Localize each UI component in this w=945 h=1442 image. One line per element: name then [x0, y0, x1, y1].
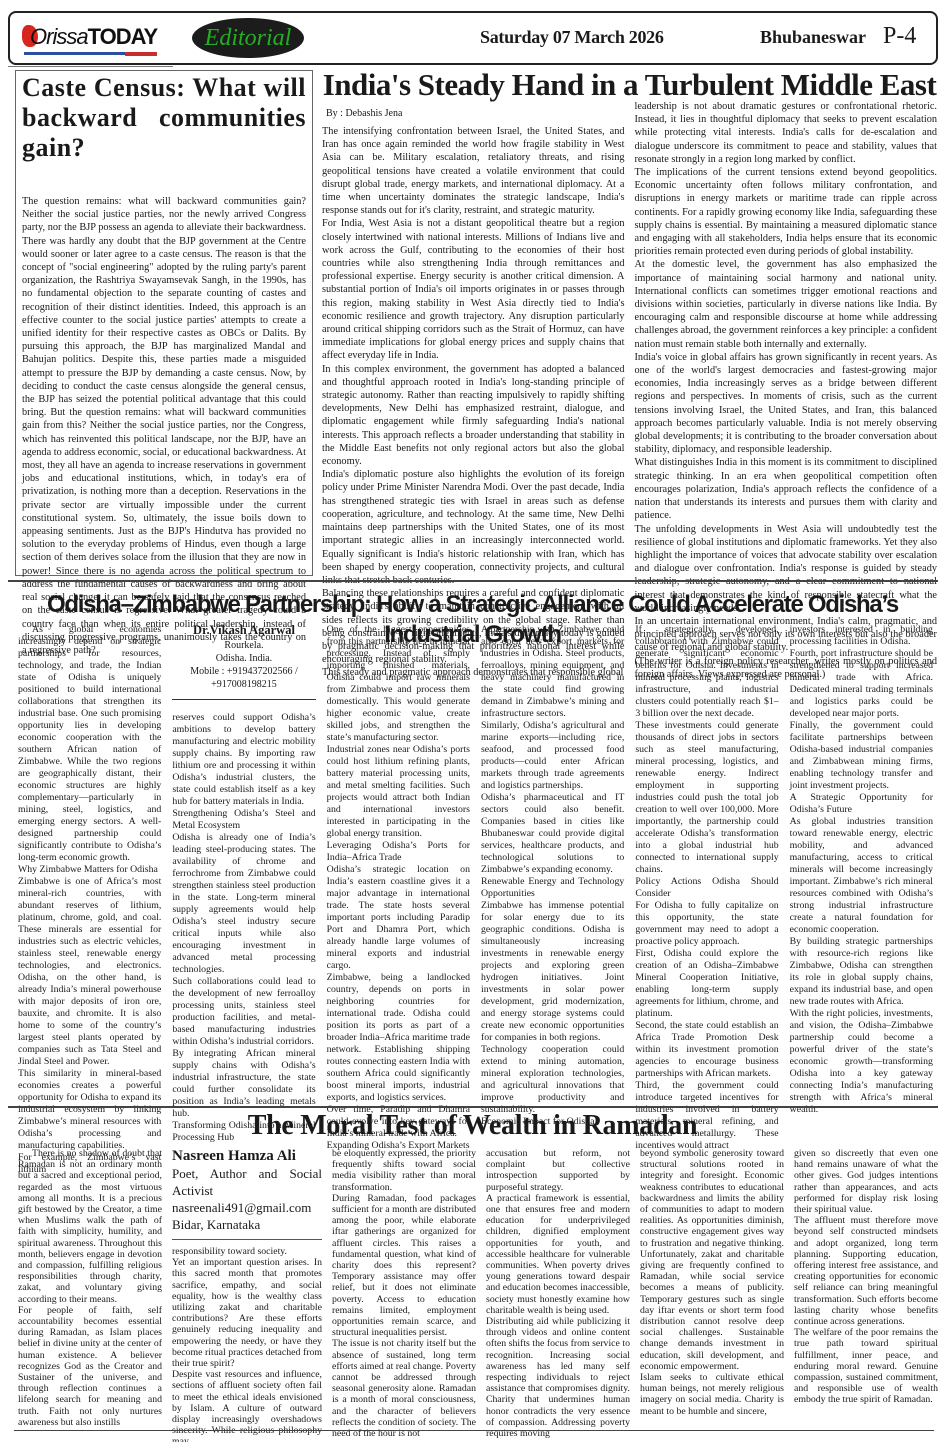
- paragraph: investors interested in building process…: [790, 624, 933, 648]
- paragraph: Distributing aid while publicizing it th…: [486, 1316, 630, 1439]
- paragraph: Islam seeks to cultivate ethical human b…: [640, 1372, 784, 1417]
- article-middle-east: India's Steady Hand in a Turbulent Middl…: [322, 68, 937, 576]
- paragraph: Zimbabwe has immense potential for solar…: [481, 900, 624, 1044]
- paragraph: First, Odisha could explore the creation…: [635, 948, 778, 1020]
- author-city: Rourkela.: [172, 639, 315, 652]
- author-location: Bidar, Karnataka: [172, 1216, 322, 1233]
- section-divider: [8, 1106, 938, 1108]
- paragraph: given so discreetly that even one hand r…: [794, 1148, 938, 1215]
- paragraph: Such collaborations could lead to the de…: [172, 976, 315, 1048]
- author-name: Nasreen Hamza Ali: [172, 1148, 322, 1165]
- subheading: Policy Actions Odisha Should Consider: [635, 876, 778, 900]
- paragraph: Similarly, Odisha’s agricultural and mar…: [481, 720, 624, 792]
- article-column: There is no shadow of doubt that Ramadan…: [18, 1148, 162, 1438]
- paragraph: As global economies increasingly depend …: [18, 624, 161, 864]
- paragraph: Finally, the government could facilitate…: [790, 720, 933, 792]
- paragraph: Odisha’s strategic location on India’s e…: [327, 864, 470, 972]
- paragraph: The affluent must therefore move beyond …: [794, 1215, 938, 1327]
- author-name: Dr.Vikash Agarwal: [172, 624, 315, 637]
- author-box: Nasreen Hamza Ali Poet, Author and Socia…: [172, 1148, 322, 1240]
- article-column: given so discreetly that even one hand r…: [794, 1148, 938, 1438]
- article-column: If strategically developed, collaboratio…: [635, 624, 778, 1102]
- section-divider: [8, 580, 938, 582]
- article-column: A partnership with Zimbabwe could also o…: [481, 624, 624, 1102]
- paragraph: At the domestic level, the government ha…: [635, 258, 938, 350]
- paragraph: be eloquently expressed, the priority fr…: [332, 1148, 476, 1193]
- article-column: beyond symbolic generosity toward struct…: [640, 1148, 784, 1438]
- article-odisha-zimbabwe: As global economies increasingly depend …: [18, 624, 933, 1102]
- paragraph: As global industries transition toward r…: [790, 816, 933, 936]
- author-mobile: Mobile : +919437202566 /: [172, 665, 315, 678]
- author-email[interactable]: nasreenali491@gmail.com: [172, 1199, 322, 1216]
- article-column: accusation but reform, not complaint but…: [486, 1148, 630, 1438]
- paragraph: There is no shadow of doubt that Ramadan…: [18, 1148, 162, 1305]
- author-box: Dr.Vikash Agarwal Rourkela. Odisha. Indi…: [172, 624, 315, 700]
- article-title: Caste Census: What will backward communi…: [22, 73, 306, 193]
- footer-divider: [14, 1430, 934, 1431]
- subheading: Why Zimbabwe Matters for Odisha: [18, 864, 161, 876]
- divider: [8, 66, 173, 67]
- subheading: Renewable Energy and Technology Opportun…: [481, 876, 624, 900]
- paragraph: Second, the state could establish an Afr…: [635, 1020, 778, 1080]
- paragraph: Fourth, port infrastructure should be st…: [790, 648, 933, 720]
- subheading: A Strategic Opportunity for Odisha’s Fut…: [790, 792, 933, 816]
- author-region: Odisha. India.: [172, 652, 315, 665]
- paragraph: Zimbabwe is one of Africa’s most mineral…: [18, 876, 161, 1068]
- article-column: Dr.Vikash Agarwal Rourkela. Odisha. Indi…: [172, 624, 315, 1102]
- paragraph: A practical framework is essential, one …: [486, 1193, 630, 1316]
- paragraph: Industrial zones near Odisha’s ports cou…: [327, 744, 470, 840]
- paragraph: The issue is not charity itself but the …: [332, 1338, 476, 1439]
- paragraph: Zimbabwe, being a landlocked country, de…: [327, 972, 470, 1104]
- paragraph: Odisha’s pharmaceutical and IT sectors c…: [481, 792, 624, 876]
- article-column: be eloquently expressed, the priority fr…: [332, 1148, 476, 1438]
- article-caste-census: Caste Census: What will backward communi…: [15, 70, 313, 576]
- author-role: Poet, Author and Social Activist: [172, 1165, 322, 1199]
- edition-city: Bhubaneswar: [760, 27, 866, 48]
- paragraph: These investments could generate thousan…: [635, 720, 778, 876]
- paragraph: The implications of the current tensions…: [635, 166, 938, 258]
- paragraph: A partnership with Zimbabwe could also o…: [481, 624, 624, 720]
- paragraph: reserves could support Odisha’s ambition…: [172, 712, 315, 808]
- paragraph: In this complex environment, the governm…: [322, 363, 625, 469]
- paragraph: One of the biggest opportunities from th…: [327, 624, 470, 744]
- paragraph: The welfare of the poor remains the true…: [794, 1327, 938, 1405]
- author-mobile-2: +917008198215: [172, 678, 315, 691]
- paragraph: leadership is not about dramatic gesture…: [635, 100, 938, 166]
- article-column: As global economies increasingly depend …: [18, 624, 161, 1102]
- paragraph: If strategically developed, collaboratio…: [635, 624, 778, 720]
- masthead: OrissaTODAY Editorial Saturday 07 March …: [8, 11, 938, 65]
- page-number: P-4: [883, 23, 916, 50]
- paragraph: Yet an important question arises. In thi…: [172, 1257, 322, 1369]
- article-column: investors interested in building process…: [790, 624, 933, 1102]
- article-title: India's Steady Hand in a Turbulent Middl…: [322, 68, 937, 102]
- paragraph: For people of faith, self accountability…: [18, 1305, 162, 1428]
- paragraph: responsibility toward society.: [172, 1246, 322, 1257]
- subheading: Leveraging Odisha’s Ports for India–Afri…: [327, 840, 470, 864]
- paragraph: What distinguishes India in this moment …: [635, 456, 938, 522]
- article-ramadan: There is no shadow of doubt that Ramadan…: [18, 1148, 938, 1438]
- paragraph: Odisha is already one of India’s leading…: [172, 832, 315, 976]
- subheading: Strengthening Odisha’s Steel and Metal E…: [172, 808, 315, 832]
- article-title: The Moral Test of Wealth in Ramadan: [0, 1110, 945, 1142]
- article-body: The question remains: what will backward…: [22, 195, 306, 657]
- paragraph: accusation but reform, not complaint but…: [486, 1148, 630, 1193]
- paragraph: For India, West Asia is not a distant ge…: [322, 217, 625, 362]
- paragraph: India's diplomatic posture also highligh…: [322, 468, 625, 587]
- logo-tagline-bar: [125, 52, 157, 56]
- paragraph: For Odisha to fully capitalize on this o…: [635, 900, 778, 948]
- paragraph: Despite vast resources and influence, se…: [172, 1369, 322, 1442]
- paragraph: With the right policies, investments, an…: [790, 1008, 933, 1116]
- paragraph: By building strategic partnerships with …: [790, 936, 933, 1008]
- orissa-today-logo[interactable]: OrissaTODAY: [22, 23, 162, 59]
- byline: By : Debashis Jena: [326, 108, 625, 119]
- article-column: Nasreen Hamza Ali Poet, Author and Socia…: [172, 1148, 322, 1438]
- logo-wordmark: OrissaTODAY: [30, 23, 157, 51]
- article-column: One of the biggest opportunities from th…: [327, 624, 470, 1102]
- paragraph: beyond symbolic generosity toward struct…: [640, 1148, 784, 1372]
- paragraph: India's voice in global affairs has grow…: [635, 351, 938, 457]
- paragraph: The intensifying confrontation between I…: [322, 125, 625, 217]
- issue-date: Saturday 07 March 2026: [480, 27, 664, 48]
- section-badge: Editorial: [192, 18, 304, 58]
- paragraph: During Ramadan, food packages sufficient…: [332, 1193, 476, 1339]
